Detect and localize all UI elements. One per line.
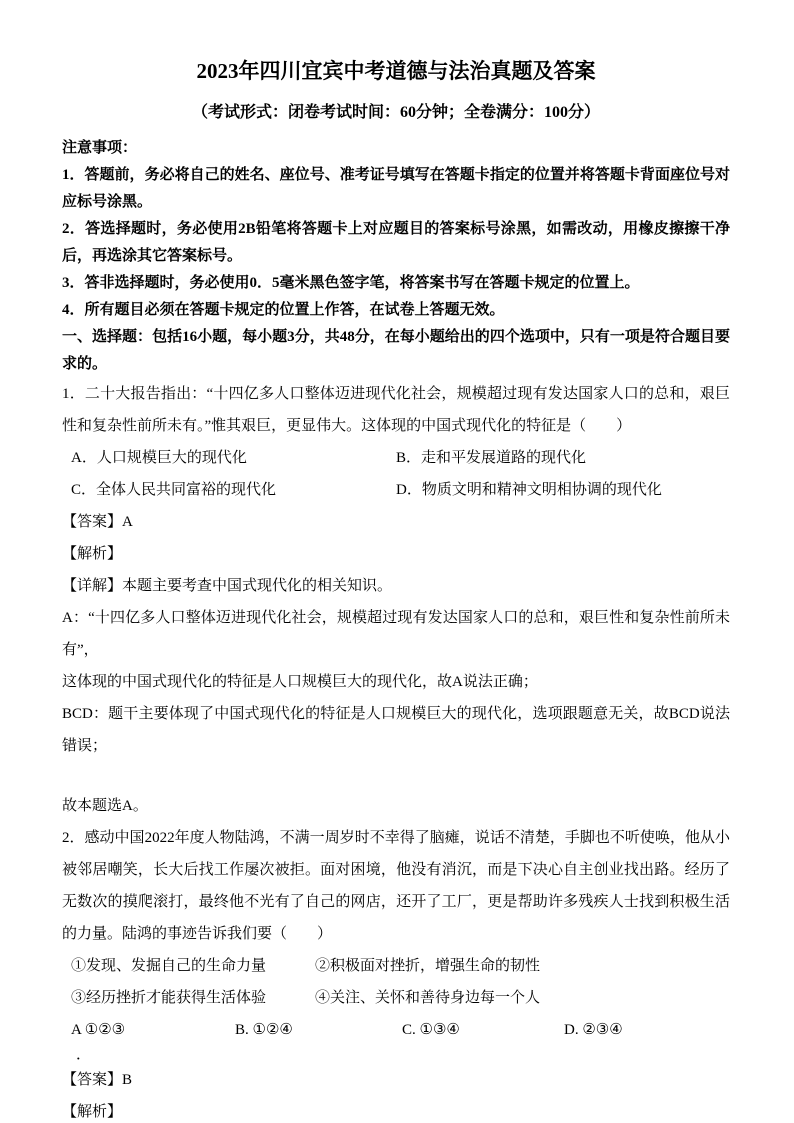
q2-choice-b: B. ①②④: [235, 1014, 402, 1046]
q2-suboption-3: ③经历挫折才能获得生活体验: [71, 982, 315, 1014]
q1-analysis-label: 【解析】: [62, 538, 730, 570]
q1-option-b: B．走和平发展道路的现代化: [396, 450, 586, 466]
q2-stem: 2．感动中国2022年度人物陆鸿，不满一周岁时不幸得了脑瘫，说话不清楚，手脚也不…: [62, 822, 730, 950]
q1-options-row-2: C．全体人民共同富裕的现代化D．物质文明和精神文明相协调的现代化: [62, 474, 730, 506]
q1-conclusion: 故本题选A。: [62, 790, 730, 822]
question-1: 1．二十大报告指出：“十四亿多人口整体迈进现代化社会，规模超过现有发达国家人口的…: [62, 378, 730, 822]
q2-suboptions-row-1: ①发现、发掘自己的生命力量②积极面对挫折，增强生命的韧性: [62, 950, 730, 982]
q1-answer: 【答案】A: [62, 506, 730, 538]
notice-item-4: 4．所有题目必须在答题卡规定的位置上作答，在试卷上答题无效。: [62, 297, 730, 324]
q1-option-a: A．人口规模巨大的现代化: [71, 442, 396, 474]
q2-suboption-1: ①发现、发掘自己的生命力量: [71, 950, 315, 982]
q2-choice-a: A ①②③: [71, 1014, 235, 1046]
q2-choices-row: A ①②③B. ①②④C. ①③④D. ②③④: [62, 1014, 730, 1046]
q1-option-d: D．物质文明和精神文明相协调的现代化: [396, 482, 662, 498]
notice-section: 注意事项： 1．答题前，务必将自己的姓名、座位号、准考证号填写在答题卡指定的位置…: [62, 135, 730, 324]
q2-suboption-4: ④关注、关怀和善待身边每一个人: [315, 990, 540, 1006]
q1-options-row-1: A．人口规模巨大的现代化B．走和平发展道路的现代化: [62, 442, 730, 474]
q1-explanation-bcd: BCD：题干主要体现了中国式现代化的特征是人口规模巨大的现代化，选项跟题意无关，…: [62, 698, 730, 762]
section1-heading: 一、选择题：包括16小题，每小题3分，共48分，在每小题给出的四个选项中，只有一…: [62, 324, 730, 378]
q2-suboption-2: ②积极面对挫折，增强生命的韧性: [315, 958, 540, 974]
exam-document-page: 2023年四川宜宾中考道德与法治真题及答案 （考试形式：闭卷考试时间：60分钟；…: [0, 0, 794, 1123]
q2-choice-d: D. ②③④: [564, 1022, 623, 1038]
q2-choice-c: C. ①③④: [402, 1014, 564, 1046]
q1-explanation-a-line2: 这体现的中国式现代化的特征是人口规模巨大的现代化，故A说法正确；: [62, 666, 730, 698]
notice-item-2: 2．答选择题时，务必使用2B铅笔将答题卡上对应题目的答案标号涂黑，如需改动，用橡…: [62, 216, 730, 270]
question-2: 2．感动中国2022年度人物陆鸿，不满一周岁时不幸得了脑瘫，说话不清楚，手脚也不…: [62, 822, 730, 1123]
exam-info: （考试形式：闭卷考试时间：60分钟；全卷满分：100分）: [62, 101, 730, 125]
q2-answer: 【答案】B: [62, 1064, 730, 1096]
q2-analysis-label: 【解析】: [62, 1096, 730, 1123]
q2-suboptions-row-2: ③经历挫折才能获得生活体验④关注、关怀和善待身边每一个人: [62, 982, 730, 1014]
notice-heading: 注意事项：: [62, 135, 730, 162]
page-title: 2023年四川宜宾中考道德与法治真题及答案: [62, 56, 730, 86]
notice-item-3: 3．答非选择题时，务必使用0．5毫米黑色签字笔，将答案书写在答题卡规定的位置上。: [62, 270, 730, 297]
q2-choice-a-wrapped-period: ．: [62, 1046, 730, 1064]
q1-explanation-a-line1: A：“十四亿多人口整体迈进现代化社会，规模超过现有发达国家人口的总和，艰巨性和复…: [62, 602, 730, 666]
notice-item-1: 1．答题前，务必将自己的姓名、座位号、准考证号填写在答题卡指定的位置并将答题卡背…: [62, 162, 730, 216]
q1-stem: 1．二十大报告指出：“十四亿多人口整体迈进现代化社会，规模超过现有发达国家人口的…: [62, 378, 730, 442]
q1-option-c: C．全体人民共同富裕的现代化: [71, 474, 396, 506]
q1-detail: 【详解】本题主要考查中国式现代化的相关知识。: [62, 570, 730, 602]
